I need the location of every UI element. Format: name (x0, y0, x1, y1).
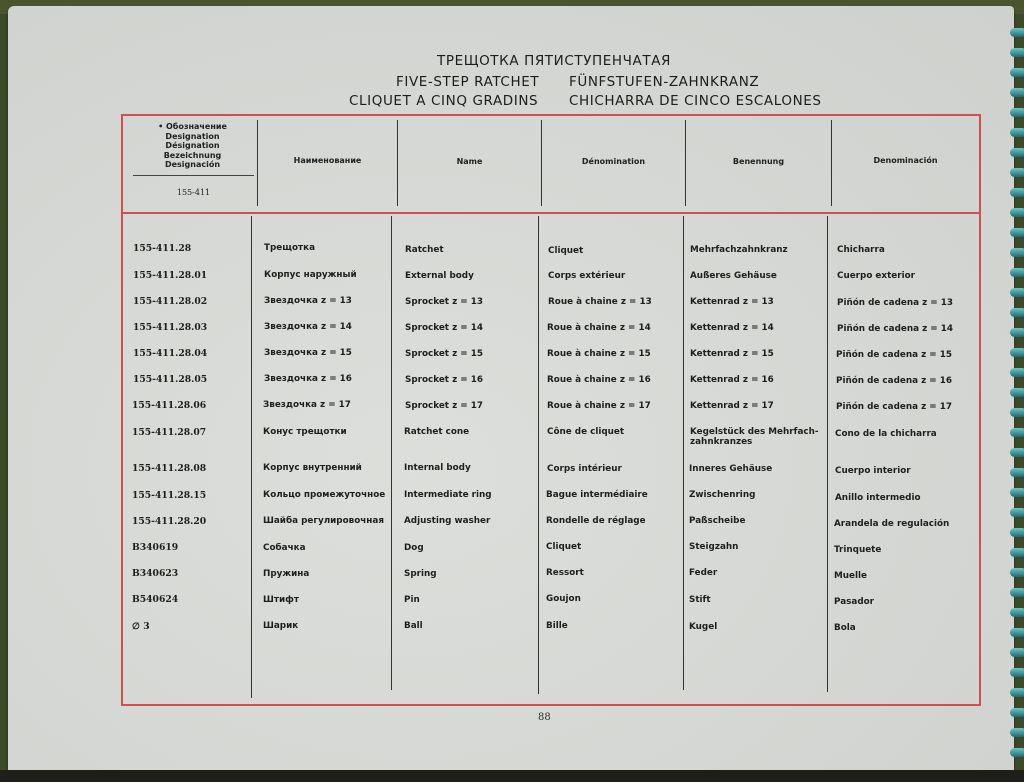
part-name-en: Sprocket z = 14 (405, 323, 483, 333)
binding-ring-icon (1010, 588, 1024, 597)
part-code: 155-411.28.07 (132, 427, 206, 438)
column-header-spanish: Denominación (832, 156, 979, 165)
binding-ring-icon (1010, 328, 1024, 337)
part-name-de: Kegelstück des Mehrfach-zahnkranzes (690, 427, 822, 447)
part-name-de: Mehrfachzahnkranz (690, 245, 788, 255)
part-name-de: Kettenrad z = 14 (690, 323, 774, 333)
part-name-de: Kettenrad z = 17 (690, 401, 774, 411)
part-name-fr: Roue à chaine z = 15 (547, 349, 651, 359)
part-name-en: External body (405, 271, 474, 281)
part-name-fr: Roue à chaine z = 17 (547, 401, 651, 411)
part-name-en: Sprocket z = 16 (405, 375, 483, 385)
binding-ring-icon (1010, 108, 1024, 117)
column-divider (391, 216, 392, 690)
binding-ring-icon (1010, 388, 1024, 397)
binding-ring-icon (1010, 428, 1024, 437)
part-name-en: Spring (404, 569, 437, 579)
binding-ring-icon (1010, 528, 1024, 537)
part-name-ru: Звездочка z = 13 (264, 296, 352, 306)
part-name-ru: Штифт (263, 595, 299, 605)
part-name-es: Piñón de cadena z = 16 (836, 376, 952, 386)
part-name-fr: Roue à chaine z = 13 (548, 297, 652, 307)
binding-ring-icon (1010, 668, 1024, 677)
part-name-de: Kettenrad z = 16 (690, 375, 774, 385)
title-french: CLIQUET A CINQ GRADINS (349, 93, 538, 109)
part-name-en: Pin (404, 595, 420, 605)
binding-ring-icon (1010, 748, 1024, 757)
binding-ring-icon (1010, 148, 1024, 157)
part-name-en: Ratchet (405, 245, 444, 255)
part-code: 155-411.28.02 (133, 296, 207, 307)
part-code: 155-411.28.15 (132, 490, 206, 501)
column-header-english: Name (398, 157, 541, 166)
part-name-es: Piñón de cadena z = 15 (836, 350, 952, 360)
binding-ring-icon (1010, 728, 1024, 737)
part-name-ru: Корпус внутренний (263, 463, 362, 473)
part-code: 155-411.28.08 (132, 463, 206, 474)
designation-de: Bezeichnung (130, 151, 255, 161)
designation-ru: • Обозначение (130, 122, 255, 132)
binding-ring-icon (1010, 708, 1024, 717)
part-name-de: Inneres Gehäuse (689, 464, 772, 474)
column-header-russian: Наименование (258, 156, 397, 165)
column-divider (827, 216, 828, 692)
binding-ring-icon (1010, 448, 1024, 457)
part-name-en: Internal body (404, 463, 471, 473)
part-name-ru: Шайба регулировочная (263, 516, 384, 526)
column-header-german: Benennung (686, 157, 831, 166)
part-name-fr: Cliquet (546, 542, 581, 552)
part-name-es: Cuerpo exterior (837, 271, 915, 281)
part-code: 155-411.28.03 (133, 322, 207, 333)
part-name-es: Arandela de regulación (834, 519, 949, 529)
binding-ring-icon (1010, 268, 1024, 277)
binding-ring-icon (1010, 348, 1024, 357)
part-code: 155-411.28 (133, 243, 191, 254)
part-name-en: Sprocket z = 13 (405, 297, 483, 307)
column-divider (251, 216, 252, 698)
part-name-es: Piñón de cadena z = 17 (836, 402, 952, 412)
part-name-ru: Шарик (263, 621, 298, 631)
part-code: B340619 (132, 542, 178, 553)
part-name-en: Intermediate ring (404, 490, 492, 500)
binding-ring-icon (1010, 188, 1024, 197)
column-divider (683, 216, 684, 690)
part-code: B340623 (132, 568, 178, 579)
binding-ring-icon (1010, 228, 1024, 237)
part-name-es: Chicharra (837, 245, 885, 255)
part-name-en: Dog (404, 543, 424, 553)
binding-ring-icon (1010, 248, 1024, 257)
part-name-es: Cono de la chicharra (835, 429, 937, 439)
part-code: 155-411.28.06 (132, 400, 206, 411)
part-name-fr: Rondelle de réglage (546, 516, 646, 526)
binding-ring-icon (1010, 408, 1024, 417)
binding-ring-icon (1010, 508, 1024, 517)
part-code: 155-411.28.01 (133, 270, 207, 281)
part-name-es: Muelle (834, 571, 867, 581)
part-name-ru: Звездочка z = 16 (264, 374, 352, 384)
binding-ring-icon (1010, 568, 1024, 577)
part-name-ru: Звездочка z = 17 (263, 400, 351, 410)
binding-ring-icon (1010, 608, 1024, 617)
part-code: 155-411.28.20 (132, 516, 206, 527)
binding-ring-icon (1010, 548, 1024, 557)
designation-es: Designación (130, 160, 255, 170)
part-name-ru: Корпус наружный (264, 270, 357, 280)
part-name-ru: Трещотка (264, 243, 315, 253)
part-name-de: Außeres Gehäuse (690, 271, 777, 281)
binding-ring-icon (1010, 308, 1024, 317)
binding-ring-icon (1010, 28, 1024, 37)
part-name-es: Anillo intermedio (835, 493, 921, 503)
title-english: FIVE-STEP RATCHET (396, 74, 539, 90)
part-name-es: Piñón de cadena z = 14 (837, 324, 953, 334)
part-name-fr: Ressort (546, 568, 584, 578)
binding-ring-icon (1010, 208, 1024, 217)
binding-ring-icon (1010, 648, 1024, 657)
part-name-ru: Звездочка z = 14 (264, 322, 352, 332)
part-name-fr: Corps intérieur (547, 464, 622, 474)
part-name-es: Trinquete (834, 545, 881, 555)
part-name-fr: Goujon (546, 594, 581, 604)
part-name-fr: Bille (546, 621, 568, 631)
binding-ring-icon (1010, 628, 1024, 637)
part-name-fr: Cône de cliquet (547, 427, 624, 437)
part-name-fr: Roue à chaine z = 16 (547, 375, 651, 385)
table-surface-edge (0, 770, 1024, 782)
part-name-de: Steigzahn (689, 542, 738, 552)
designation-divider (133, 175, 254, 176)
part-name-de: Zwischenring (689, 490, 755, 500)
part-name-en: Ratchet cone (404, 427, 469, 437)
part-name-es: Cuerpo interior (835, 466, 911, 476)
header-separator (121, 212, 981, 214)
binding-ring-icon (1010, 88, 1024, 97)
part-name-ru: Звездочка z = 15 (264, 348, 352, 358)
binding-ring-icon (1010, 488, 1024, 497)
part-name-de: Feder (689, 568, 717, 578)
part-name-de: Stift (689, 595, 711, 605)
binding-ring-icon (1010, 468, 1024, 477)
part-name-es: Piñón de cadena z = 13 (837, 298, 953, 308)
part-name-es: Bola (834, 623, 856, 633)
designation-fr: Désignation (130, 141, 255, 151)
binding-ring-icon (1010, 128, 1024, 137)
designation-header: • Обозначение Designation Désignation Be… (130, 122, 255, 170)
part-name-ru: Собачка (263, 543, 306, 553)
designation-group-code: 155-411 (133, 188, 254, 197)
part-name-es: Pasador (834, 597, 874, 607)
part-name-fr: Cliquet (548, 246, 583, 256)
designation-en: Designation (130, 132, 255, 142)
binding-ring-icon (1010, 688, 1024, 697)
binding-ring-icon (1010, 68, 1024, 77)
page-number: 88 (538, 712, 551, 723)
title-spanish: CHICHARRA DE CINCO ESCALONES (569, 93, 822, 109)
part-name-fr: Corps extérieur (548, 271, 625, 281)
binding-ring-icon (1010, 48, 1024, 57)
part-name-en: Sprocket z = 15 (405, 349, 483, 359)
part-name-de: Kettenrad z = 15 (690, 349, 774, 359)
part-code: B540624 (132, 594, 178, 605)
title-russian: ТРЕЩОТКА ПЯТИСТУПЕНЧАТАЯ (437, 53, 671, 69)
part-name-en: Ball (404, 621, 423, 631)
part-code: 155-411.28.05 (133, 374, 207, 385)
part-name-ru: Конус трещотки (263, 427, 347, 437)
part-name-fr: Roue à chaine z = 14 (547, 323, 651, 333)
part-name-fr: Bague intermédiaire (546, 490, 648, 500)
part-name-en: Adjusting washer (404, 516, 490, 526)
title-german: FÜNFSTUFEN-ZAHNKRANZ (569, 74, 759, 90)
part-name-en: Sprocket z = 17 (405, 401, 483, 411)
column-header-french: Dénomination (542, 157, 685, 166)
binding-ring-icon (1010, 368, 1024, 377)
part-name-de: Kugel (689, 622, 717, 632)
binding-ring-icon (1010, 168, 1024, 177)
binding-ring-icon (1010, 288, 1024, 297)
part-name-de: Kettenrad z = 13 (690, 297, 774, 307)
part-code: ∅ 3 (132, 621, 150, 632)
part-name-de: Paßscheibe (689, 516, 745, 526)
part-name-ru: Кольцо промежуточное (263, 490, 385, 500)
part-name-ru: Пружина (263, 569, 309, 579)
column-divider (538, 216, 539, 694)
part-code: 155-411.28.04 (133, 348, 207, 359)
